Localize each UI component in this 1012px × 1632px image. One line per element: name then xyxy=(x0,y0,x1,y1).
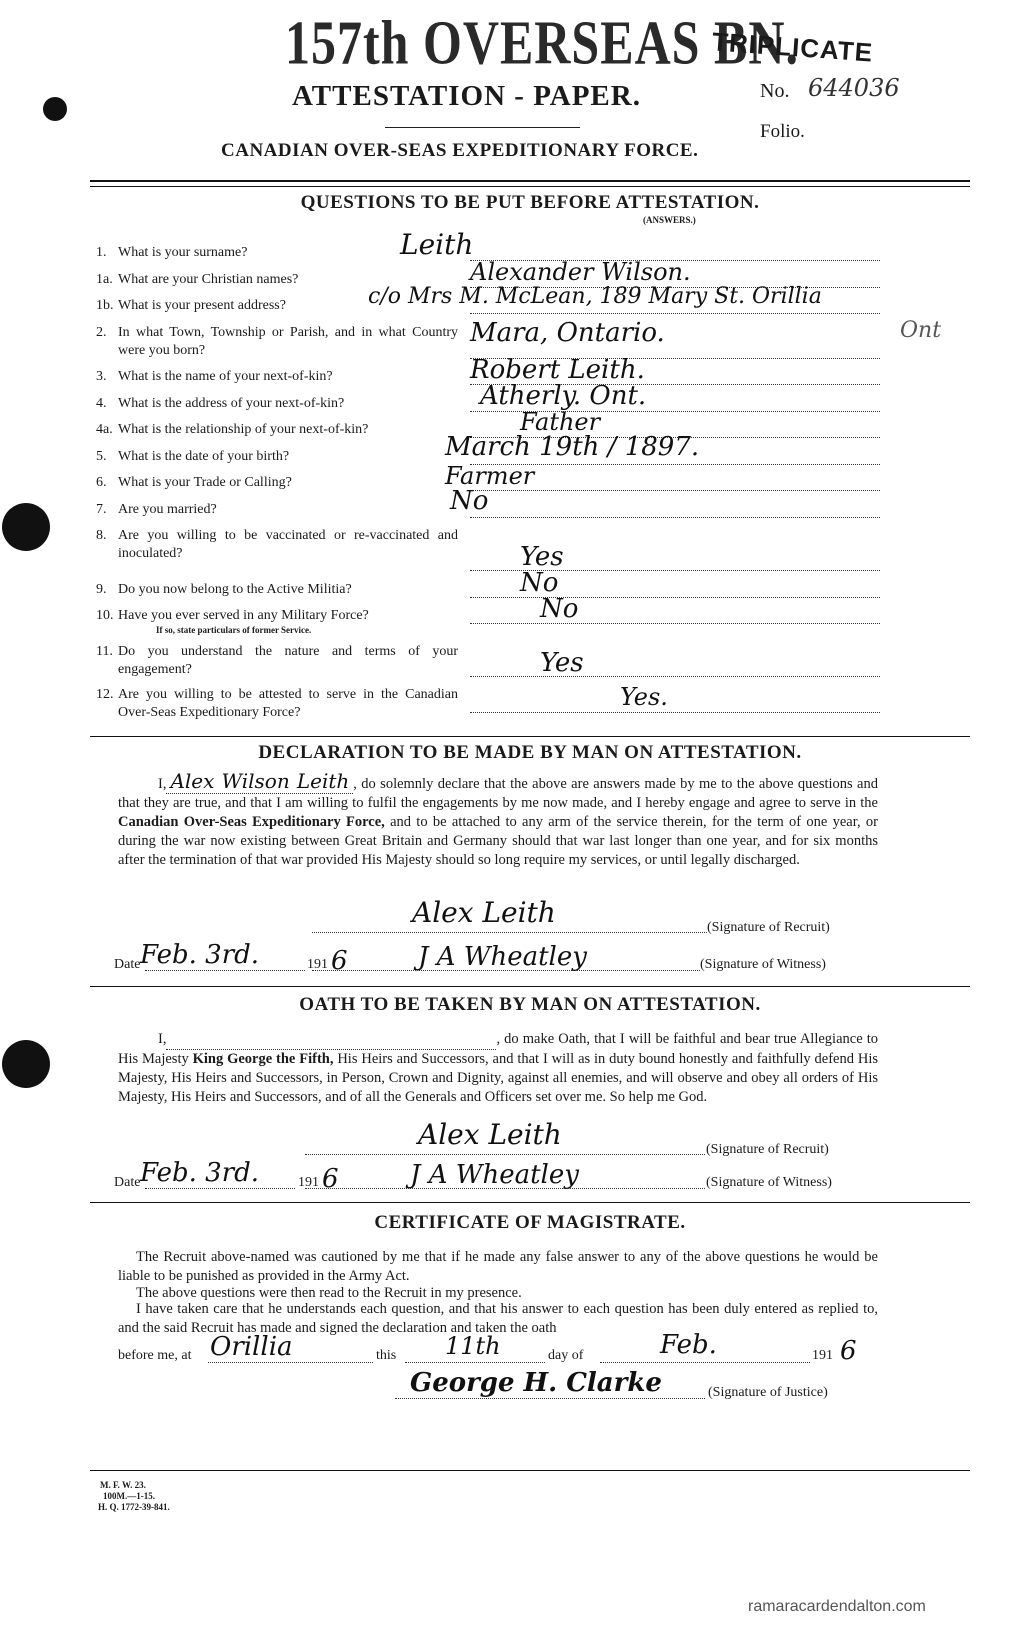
folio-label: Folio. xyxy=(760,121,805,143)
watermark: ramaracardendalton.com xyxy=(748,1598,926,1616)
oath-date: Feb. 3rd. xyxy=(140,1158,259,1188)
punch-hole xyxy=(2,503,50,551)
answer-handwritten: Alexander Wilson. xyxy=(470,258,691,286)
question-number: 8. xyxy=(96,527,118,545)
oath-text: I, , do make Oath, that I will be faithf… xyxy=(118,1030,878,1107)
this-label: this xyxy=(376,1348,396,1364)
question-text: Do you now belong to the Active Militia? xyxy=(118,581,463,599)
oath-recruit-signature: Alex Leith xyxy=(418,1118,562,1151)
punch-hole xyxy=(43,97,67,121)
section-divider xyxy=(90,1202,970,1203)
magistrate-month: Feb. xyxy=(660,1330,717,1360)
oath-bold: King George the Fifth, xyxy=(193,1051,334,1067)
question-number: 12. xyxy=(96,686,118,704)
question-text: What is the name of your next-of-kin? xyxy=(118,368,463,386)
declaration-heading: DECLARATION TO BE MADE BY MAN ON ATTESTA… xyxy=(90,742,970,764)
witness-signature-label: (Signature of Witness) xyxy=(706,1175,832,1191)
question-text: Have you ever served in any Military For… xyxy=(118,607,463,625)
page-subtitle: CANADIAN OVER-SEAS EXPEDITIONARY FORCE. xyxy=(221,140,698,162)
before-me-label: before me, at xyxy=(118,1348,191,1364)
regimental-number-label: No. xyxy=(760,80,789,103)
question-number: 6. xyxy=(96,474,118,492)
answer-handwritten: Mara, Ontario. xyxy=(470,318,665,348)
justice-signature: George H. Clarke xyxy=(410,1368,662,1398)
form-code: 100M.—1-15. xyxy=(103,1491,155,1502)
question-number: 4a. xyxy=(96,421,118,439)
question-number: 1a. xyxy=(96,271,118,289)
declaration-prefix: I, xyxy=(118,776,166,792)
answer-line xyxy=(470,517,880,518)
signature-line xyxy=(312,932,707,933)
oath-witness-signature: J A Wheatley xyxy=(410,1160,579,1190)
witness-signature-label: (Signature of Witness) xyxy=(700,957,826,973)
recruit-signature-label: (Signature of Recruit) xyxy=(707,920,830,936)
answer-line xyxy=(470,313,880,314)
answer-line xyxy=(470,676,880,677)
answer-handwritten: Atherly. Ont. xyxy=(480,381,646,411)
year-prefix: 191 xyxy=(812,1348,833,1364)
magistrate-para-1: The Recruit above-named was cautioned by… xyxy=(118,1248,878,1286)
question-note: If so, state particulars of former Servi… xyxy=(156,625,311,636)
date-label: Date xyxy=(114,1175,140,1191)
day-of-label: day of xyxy=(548,1348,583,1364)
declaration-date: Feb. 3rd. xyxy=(140,940,259,970)
declaration-bold: Canadian Over-Seas Expeditionary Force, xyxy=(118,814,385,830)
witness-line xyxy=(305,1188,705,1189)
month-line xyxy=(600,1362,810,1363)
answer-handwritten: Yes. xyxy=(620,683,668,711)
oath-name-blank xyxy=(166,1030,496,1050)
question-text: Are you willing to be vaccinated or re-v… xyxy=(118,527,458,563)
question-number: 7. xyxy=(96,501,118,519)
declaration-year: 6 xyxy=(331,946,348,976)
date-label: Date xyxy=(114,957,140,973)
date-line xyxy=(145,970,305,971)
question-number: 2. xyxy=(96,324,118,342)
declaration-text: I,Alex Wilson Leith, do solemnly declare… xyxy=(118,772,878,870)
section-divider xyxy=(90,186,970,187)
question-number: 5. xyxy=(96,448,118,466)
punch-hole xyxy=(2,1040,50,1088)
justice-line xyxy=(395,1398,705,1399)
answer-handwritten: March 19th / 1897. xyxy=(445,432,699,462)
oath-heading: OATH TO BE TAKEN BY MAN ON ATTESTATION. xyxy=(90,994,970,1016)
declaration-recruit-signature: Alex Leith xyxy=(412,896,556,929)
signature-line xyxy=(305,1154,705,1155)
declaration-name: Alex Wilson Leith xyxy=(166,769,353,794)
question-number: 10. xyxy=(96,607,118,625)
date-line xyxy=(145,1188,295,1189)
section-divider xyxy=(90,1470,970,1471)
question-number: 1. xyxy=(96,244,118,262)
question-text: What is the date of your birth? xyxy=(118,448,463,466)
recruit-signature-label: (Signature of Recruit) xyxy=(706,1142,829,1158)
section-divider xyxy=(90,180,970,182)
margin-note: Ont xyxy=(900,318,941,343)
section-divider xyxy=(90,986,970,987)
question-text: Are you willing to be attested to serve … xyxy=(118,686,458,722)
question-number: 11. xyxy=(96,643,118,661)
declaration-witness-signature: J A Wheatley xyxy=(418,942,587,972)
magistrate-heading: CERTIFICATE OF MAGISTRATE. xyxy=(90,1212,970,1234)
section-divider xyxy=(90,736,970,737)
place-line xyxy=(208,1362,373,1363)
answer-line xyxy=(470,712,880,713)
answer-handwritten: Yes xyxy=(540,648,584,678)
question-text: Are you married? xyxy=(118,501,463,519)
magistrate-year: 6 xyxy=(840,1336,857,1366)
question-number: 9. xyxy=(96,581,118,599)
page-title: ATTESTATION - PAPER. xyxy=(292,80,641,113)
regimental-number-value: 644036 xyxy=(808,74,900,102)
oath-year: 6 xyxy=(322,1164,339,1194)
answers-label: (ANSWERS.) xyxy=(643,215,696,225)
form-code: M. F. W. 23. xyxy=(100,1480,146,1491)
question-number: 1b. xyxy=(96,297,118,315)
question-text: What is the address of your next-of-kin? xyxy=(118,395,463,413)
form-code: H. Q. 1772-39-841. xyxy=(98,1502,170,1513)
answer-line xyxy=(470,623,880,624)
answer-handwritten: No xyxy=(540,594,578,624)
question-text: What is your Trade or Calling? xyxy=(118,474,463,492)
answer-line xyxy=(470,490,880,491)
question-text: In what Town, Township or Parish, and in… xyxy=(118,324,458,360)
question-number: 4. xyxy=(96,395,118,413)
answer-handwritten: Leith xyxy=(400,228,473,261)
magistrate-place: Orillia xyxy=(210,1332,293,1362)
question-text: What is the relationship of your next-of… xyxy=(118,421,463,439)
answer-handwritten: No xyxy=(450,486,488,516)
magistrate-day: 11th xyxy=(445,1332,501,1360)
justice-signature-label: (Signature of Justice) xyxy=(708,1385,828,1401)
day-line xyxy=(405,1362,545,1363)
questions-heading: QUESTIONS TO BE PUT BEFORE ATTESTATION. xyxy=(90,192,970,214)
oath-prefix: I, xyxy=(118,1031,166,1047)
answer-handwritten: c/o Mrs M. McLean, 189 Mary St. Orillia xyxy=(368,284,822,309)
question-number: 3. xyxy=(96,368,118,386)
question-text: Do you understand the nature and terms o… xyxy=(118,643,458,679)
title-divider xyxy=(385,127,580,128)
witness-line xyxy=(312,970,700,971)
